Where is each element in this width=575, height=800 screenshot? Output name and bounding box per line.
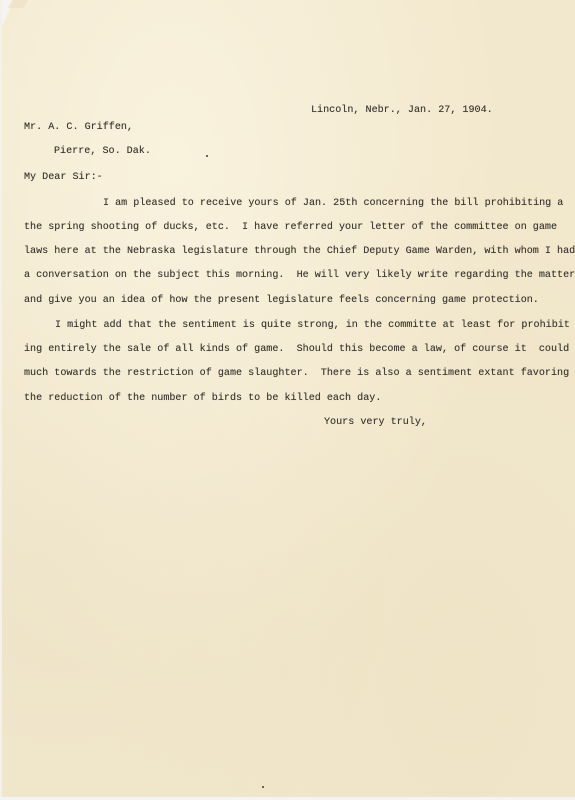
closing: Yours very truly, [324, 417, 427, 429]
dateline: Lincoln, Nebr., Jan. 27, 1904. [311, 105, 493, 117]
body-line: the spring shooting of ducks, etc. I hav… [24, 222, 557, 234]
body-line: I might add that the sentiment is quite … [55, 320, 570, 332]
body-line: much towards the restriction of game sla… [24, 368, 569, 380]
salutation: My Dear Sir:- [24, 172, 103, 184]
recipient-location: Pierre, So. Dak. [54, 146, 151, 158]
body-line: and give you an idea of how the present … [24, 295, 539, 307]
body-line: I am pleased to receive yours of Jan. 25… [103, 198, 563, 210]
body-line: a conversation on the subject this morni… [24, 270, 575, 282]
corner-crease [8, 0, 29, 8]
letter-paper: Lincoln, Nebr., Jan. 27, 1904. Mr. A. C.… [2, 0, 575, 797]
ink-speck [206, 155, 208, 157]
body-line: ing entirely the sale of all kinds of ga… [24, 344, 575, 356]
body-line: the reduction of the number of birds to … [24, 393, 381, 405]
ink-speck [262, 786, 264, 788]
recipient-name: Mr. A. C. Griffen, [24, 122, 133, 134]
body-line: laws here at the Nebraska legislature th… [24, 246, 575, 258]
